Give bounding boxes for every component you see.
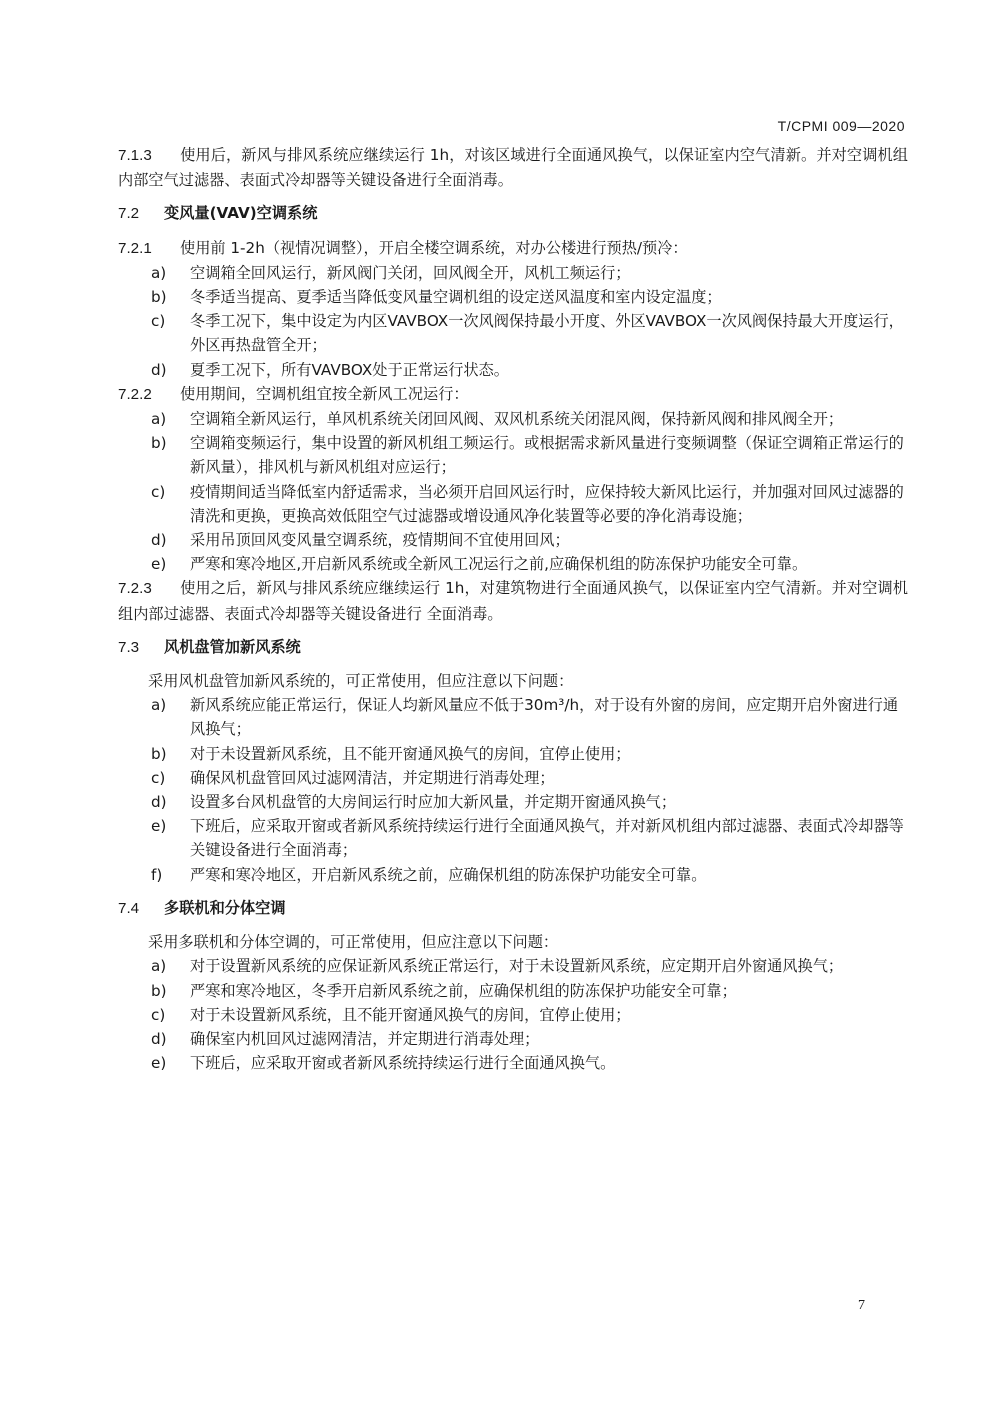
list-item: e)下班后，应采取开窗或者新风系统持续运行进行全面通风换气。	[118, 1051, 908, 1075]
list-text: 设置多台风机盘管的大房间运行时应加大新风量，并定期开窗通风换气；	[190, 793, 676, 811]
list-item: a)对于设置新风系统的应保证新风系统正常运行，对于未设置新风系统，应定期开启外窗…	[118, 954, 908, 978]
list-text: 确保风机盘管回风过滤网清洁，并定期进行消毒处理；	[190, 769, 555, 787]
section-number: 7.4	[118, 897, 164, 921]
list-text: 冬季适当提高、夏季适当降低变风量空调机组的设定送风温度和室内设定温度；	[190, 288, 722, 306]
section-title: 风机盘管加新风系统	[164, 638, 301, 656]
clause-number: 7.2.3	[118, 577, 180, 601]
list-text: 对于未设置新风系统，且不能开窗通风换气的房间，宜停止使用；	[190, 1006, 630, 1024]
list-item: a)空调箱全新风运行，单风机系统关闭回风阀、双风机系统关闭混风阀，保持新风阀和排…	[118, 407, 908, 431]
document-id: T/CPMI 009—2020	[778, 118, 905, 134]
list-text: 对于未设置新风系统，且不能开窗通风换气的房间，宜停止使用；	[190, 745, 630, 763]
list-text: 对于设置新风系统的应保证新风系统正常运行，对于未设置新风系统，应定期开启外窗通风…	[190, 957, 843, 975]
clause-number: 7.2.2	[118, 383, 180, 407]
list-marker: d)	[151, 528, 167, 552]
list-marker: a)	[151, 954, 166, 978]
list-marker: b)	[151, 979, 167, 1003]
list-item: d)夏季工况下，所有VAVBOX处于正常运行状态。	[118, 358, 908, 382]
list-text: 空调箱变频运行，集中设置的新风机组工频运行。或根据需求新风量进行变频调整（保证空…	[190, 434, 904, 476]
list-item: a)空调箱全回风运行，新风阀门关闭，回风阀全开，风机工频运行；	[118, 261, 908, 285]
clause-7-2-1-list: a)空调箱全回风运行，新风阀门关闭，回风阀全开，风机工频运行； b)冬季适当提高…	[118, 261, 908, 382]
list-item: b)对于未设置新风系统，且不能开窗通风换气的房间，宜停止使用；	[118, 742, 908, 766]
list-item: b)空调箱变频运行，集中设置的新风机组工频运行。或根据需求新风量进行变频调整（保…	[118, 431, 908, 479]
list-marker: e)	[151, 552, 166, 576]
clause-text: 使用期间，空调机组宜按全新风工况运行：	[180, 385, 469, 403]
clause-7-2-1: 7.2.1使用前 1-2h（视情况调整），开启全楼空调系统，对办公楼进行预热/预…	[118, 236, 908, 261]
document-page: T/CPMI 009—2020 7.1.3使用后，新风与排风系统应继续运行 1h…	[0, 0, 1000, 1414]
list-item: a)新风系统应能正常运行，保证人均新风量应不低于30m³/h，对于设有外窗的房间…	[118, 693, 908, 741]
clause-7-2-2-list: a)空调箱全新风运行，单风机系统关闭回风阀、双风机系统关闭混风阀，保持新风阀和排…	[118, 407, 908, 576]
clause-7-2-3: 7.2.3使用之后，新风与排风系统应继续运行 1h，对建筑物进行全面通风换气，以…	[118, 576, 908, 625]
section-7-3-list: a)新风系统应能正常运行，保证人均新风量应不低于30m³/h，对于设有外窗的房间…	[118, 693, 908, 887]
list-text: 确保室内机回风过滤网清洁，并定期进行消毒处理；	[190, 1030, 539, 1048]
list-text: 空调箱全新风运行，单风机系统关闭回风阀、双风机系统关闭混风阀，保持新风阀和排风阀…	[190, 410, 843, 428]
clause-number: 7.2.1	[118, 237, 180, 261]
list-item: e)严寒和寒冷地区,开启新风系统或全新风工况运行之前,应确保机组的防冻保护功能安…	[118, 552, 908, 576]
clause-text: 使用前 1-2h（视情况调整），开启全楼空调系统，对办公楼进行预热/预冷：	[180, 239, 688, 257]
list-marker: d)	[151, 1027, 167, 1051]
list-marker: c)	[151, 480, 165, 504]
list-text: 疫情期间适当降低室内舒适需求，当必须开启回风运行时，应保持较大新风比运行，并加强…	[190, 483, 904, 525]
clause-text: 使用之后，新风与排风系统应继续运行 1h，对建筑物进行全面通风换气，以保证室内空…	[118, 579, 908, 622]
list-text: 严寒和寒冷地区，冬季开启新风系统之前，应确保机组的防冻保护功能安全可靠；	[190, 982, 737, 1000]
list-item: d)采用吊顶回风变风量空调系统，疫情期间不宜使用回风；	[118, 528, 908, 552]
list-item: d)确保室内机回风过滤网清洁，并定期进行消毒处理；	[118, 1027, 908, 1051]
list-marker: a)	[151, 407, 166, 431]
clause-text: 使用后，新风与排风系统应继续运行 1h，对该区域进行全面通风换气，以保证室内空气…	[118, 146, 908, 189]
section-title: 多联机和分体空调	[164, 899, 286, 917]
list-item: b)冬季适当提高、夏季适当降低变风量空调机组的设定送风温度和室内设定温度；	[118, 285, 908, 309]
list-marker: d)	[151, 358, 167, 382]
list-marker: c)	[151, 1003, 165, 1027]
section-title: 变风量(VAV)空调系统	[164, 204, 317, 222]
list-marker: e)	[151, 814, 166, 838]
clause-7-2-2: 7.2.2使用期间，空调机组宜按全新风工况运行：	[118, 382, 908, 407]
document-body: 7.1.3使用后，新风与排风系统应继续运行 1h，对该区域进行全面通风换气，以保…	[118, 143, 908, 1075]
list-marker: b)	[151, 742, 167, 766]
section-heading-7-4: 7.4多联机和分体空调	[118, 896, 908, 921]
list-text: 严寒和寒冷地区,开启新风系统或全新风工况运行之前,应确保机组的防冻保护功能安全可…	[190, 555, 807, 573]
list-item: c)疫情期间适当降低室内舒适需求，当必须开启回风运行时，应保持较大新风比运行，并…	[118, 480, 908, 528]
list-text: 采用吊顶回风变风量空调系统，疫情期间不宜使用回风；	[190, 531, 570, 549]
list-item: c)对于未设置新风系统，且不能开窗通风换气的房间，宜停止使用；	[118, 1003, 908, 1027]
section-heading-7-2: 7.2变风量(VAV)空调系统	[118, 201, 908, 226]
section-intro: 采用风机盘管加新风系统的，可正常使用，但应注意以下问题：	[118, 669, 908, 693]
list-item: e)下班后，应采取开窗或者新风系统持续运行进行全面通风换气，并对新风机组内部过滤…	[118, 814, 908, 862]
list-item: c)确保风机盘管回风过滤网清洁，并定期进行消毒处理；	[118, 766, 908, 790]
page-number: 7	[858, 1298, 865, 1314]
clause-number: 7.1.3	[118, 144, 180, 168]
list-marker: c)	[151, 766, 165, 790]
list-marker: d)	[151, 790, 167, 814]
list-text: 空调箱全回风运行，新风阀门关闭，回风阀全开，风机工频运行；	[190, 264, 630, 282]
list-item: b)严寒和寒冷地区，冬季开启新风系统之前，应确保机组的防冻保护功能安全可靠；	[118, 979, 908, 1003]
list-item: f)严寒和寒冷地区，开启新风系统之前，应确保机组的防冻保护功能安全可靠。	[118, 863, 908, 887]
list-text: 夏季工况下，所有VAVBOX处于正常运行状态。	[190, 361, 509, 379]
list-marker: b)	[151, 285, 167, 309]
list-item: c)冬季工况下，集中设定为内区VAVBOX一次风阀保持最小开度、外区VAVBOX…	[118, 309, 908, 357]
list-marker: c)	[151, 309, 165, 333]
list-marker: a)	[151, 693, 166, 717]
section-number: 7.3	[118, 636, 164, 660]
section-heading-7-3: 7.3风机盘管加新风系统	[118, 635, 908, 660]
clause-7-1-3: 7.1.3使用后，新风与排风系统应继续运行 1h，对该区域进行全面通风换气，以保…	[118, 143, 908, 192]
list-item: d)设置多台风机盘管的大房间运行时应加大新风量，并定期开窗通风换气；	[118, 790, 908, 814]
list-marker: f)	[151, 863, 162, 887]
section-number: 7.2	[118, 202, 164, 226]
list-text: 严寒和寒冷地区，开启新风系统之前，应确保机组的防冻保护功能安全可靠。	[190, 866, 706, 884]
section-intro: 采用多联机和分体空调的，可正常使用，但应注意以下问题：	[118, 930, 908, 954]
section-7-4-list: a)对于设置新风系统的应保证新风系统正常运行，对于未设置新风系统，应定期开启外窗…	[118, 954, 908, 1075]
list-marker: e)	[151, 1051, 166, 1075]
list-text: 冬季工况下，集中设定为内区VAVBOX一次风阀保持最小开度、外区VAVBOX一次…	[190, 312, 904, 354]
list-text: 下班后，应采取开窗或者新风系统持续运行进行全面通风换气。	[190, 1054, 615, 1072]
list-marker: a)	[151, 261, 166, 285]
list-text: 新风系统应能正常运行，保证人均新风量应不低于30m³/h，对于设有外窗的房间，应…	[190, 696, 898, 738]
list-text: 下班后，应采取开窗或者新风系统持续运行进行全面通风换气，并对新风机组内部过滤器、…	[190, 817, 904, 859]
list-marker: b)	[151, 431, 167, 455]
